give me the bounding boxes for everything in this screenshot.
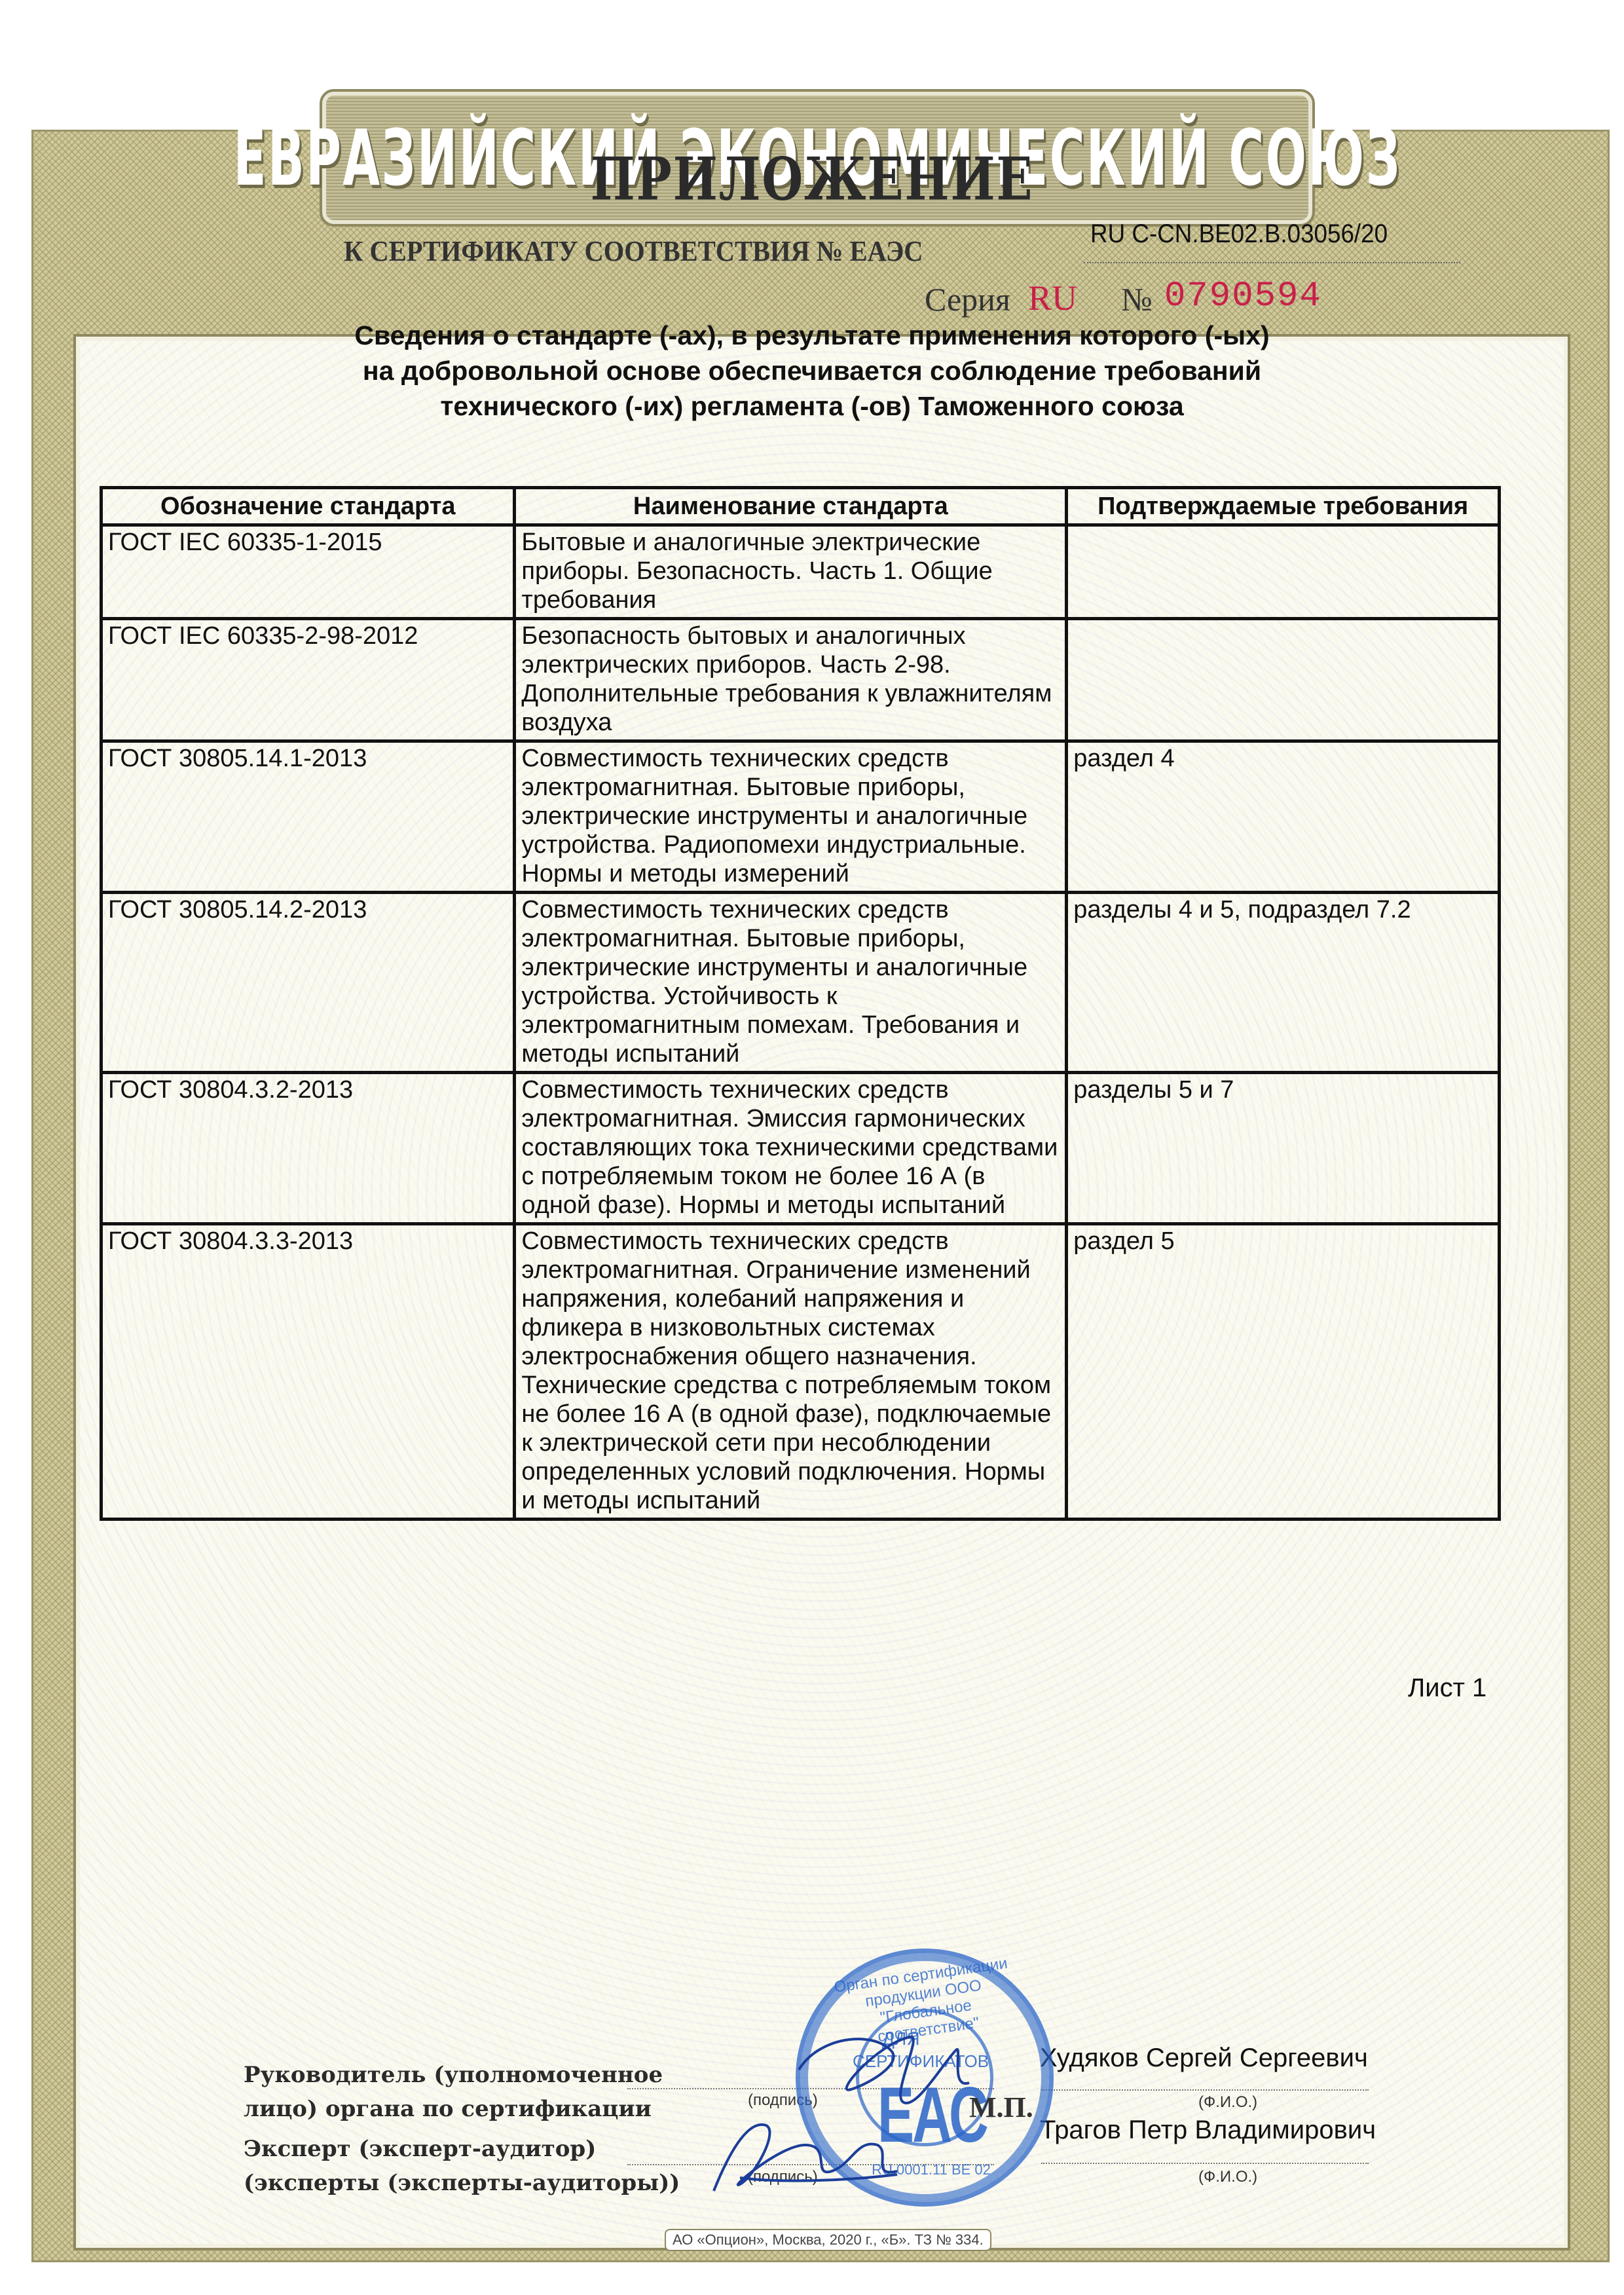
table-row: ГОСТ 30804.3.3-2013Совместимость техниче… xyxy=(101,1224,1500,1520)
intro-line: технического (-их) регламента (-ов) Тамо… xyxy=(0,388,1624,424)
standard-code-cell: ГОСТ 30804.3.3-2013 xyxy=(101,1224,515,1520)
intro-line: на добровольной основе обеспечивается со… xyxy=(0,353,1624,388)
standards-table: Обозначение стандарта Наименование станд… xyxy=(100,486,1501,1521)
requirements-cell: раздел 4 xyxy=(1067,741,1500,893)
standard-name-cell: Совместимость технических средств электр… xyxy=(515,1073,1067,1224)
expert-fio-line xyxy=(1041,2163,1369,2164)
table-row: ГОСТ 30805.14.2-2013Совместимость технич… xyxy=(101,893,1500,1073)
expert-signature-icon xyxy=(701,2106,910,2204)
head-fio-caption: (Ф.И.О.) xyxy=(1198,2093,1257,2112)
requirements-cell: разделы 4 и 5, подраздел 7.2 xyxy=(1067,893,1500,1073)
blank-number: 0790594 xyxy=(1164,276,1322,316)
expert-name: Трагов Петр Владимирович xyxy=(1040,2116,1376,2145)
number-label: № xyxy=(1121,280,1153,318)
requirements-cell: раздел 5 xyxy=(1067,1224,1500,1520)
standard-code-cell: ГОСТ 30805.14.1-2013 xyxy=(101,741,515,893)
standard-code-cell: ГОСТ 30804.3.2-2013 xyxy=(101,1073,515,1224)
intro-text: Сведения о стандарте (-ах), в результате… xyxy=(0,318,1624,424)
requirements-cell xyxy=(1067,619,1500,741)
table-row: ГОСТ 30805.14.1-2013Совместимость технич… xyxy=(101,741,1500,893)
standard-name-cell: Безопасность бытовых и аналогичных элект… xyxy=(515,619,1067,741)
table-row: ГОСТ IEC 60335-1-2015Бытовые и аналогичн… xyxy=(101,525,1500,619)
page-title: ПРИЛОЖЕНИЕ xyxy=(0,143,1624,213)
requirements-cell xyxy=(1067,525,1500,619)
standard-code-cell: ГОСТ 30805.14.2-2013 xyxy=(101,893,515,1073)
standard-name-cell: Совместимость технических средств электр… xyxy=(515,741,1067,893)
head-label-line: лицо) органа по сертификации xyxy=(244,2092,663,2126)
expert-label-line: Эксперт (эксперт-аудитор) xyxy=(244,2132,680,2166)
certificate-label: К СЕРТИФИКАТУ СООТВЕТСТВИЯ № ЕАЭС xyxy=(344,234,923,268)
requirements-cell: разделы 5 и 7 xyxy=(1067,1073,1500,1224)
series-value: RU xyxy=(1028,278,1077,318)
table-row: ГОСТ IEC 60335-2-98-2012Безопасность быт… xyxy=(101,619,1500,741)
expert-label: Эксперт (эксперт-аудитор) (эксперты (экс… xyxy=(244,2132,680,2200)
head-label: Руководитель (уполномоченное лицо) орган… xyxy=(244,2058,663,2126)
expert-fio-caption: (Ф.И.О.) xyxy=(1198,2168,1257,2186)
header-standard-code: Обозначение стандарта xyxy=(101,488,515,525)
standard-name-cell: Совместимость технических средств электр… xyxy=(515,893,1067,1073)
header-requirements: Подтверждаемые требования xyxy=(1067,488,1500,525)
printer-imprint: АО «Опцион», Москва, 2020 г., «Б». ТЗ № … xyxy=(665,2229,991,2251)
intro-line: Сведения о стандарте (-ах), в результате… xyxy=(0,318,1624,353)
standard-code-cell: ГОСТ IEC 60335-2-98-2012 xyxy=(101,619,515,741)
certificate-number-underline xyxy=(1084,262,1460,263)
expert-label-line: (эксперты (эксперты-аудиторы)) xyxy=(244,2166,680,2200)
head-signature-icon xyxy=(792,2024,989,2116)
table-row: ГОСТ 30804.3.2-2013Совместимость техниче… xyxy=(101,1073,1500,1224)
standard-name-cell: Совместимость технических средств электр… xyxy=(515,1224,1067,1520)
sheet-number: Лист 1 xyxy=(1408,1673,1486,1703)
head-fio-line xyxy=(1041,2089,1369,2091)
standard-name-cell: Бытовые и аналогичные электрические приб… xyxy=(515,525,1067,619)
certificate-number: RU C-CN.BE02.B.03056/20 xyxy=(1090,219,1388,249)
header-standard-name: Наименование стандарта xyxy=(515,488,1067,525)
table-header-row: Обозначение стандарта Наименование станд… xyxy=(101,488,1500,525)
head-label-line: Руководитель (уполномоченное xyxy=(244,2058,663,2092)
head-name: Худяков Сергей Сергеевич xyxy=(1040,2043,1368,2073)
standard-code-cell: ГОСТ IEC 60335-1-2015 xyxy=(101,525,515,619)
series-label: Серия xyxy=(925,280,1010,318)
